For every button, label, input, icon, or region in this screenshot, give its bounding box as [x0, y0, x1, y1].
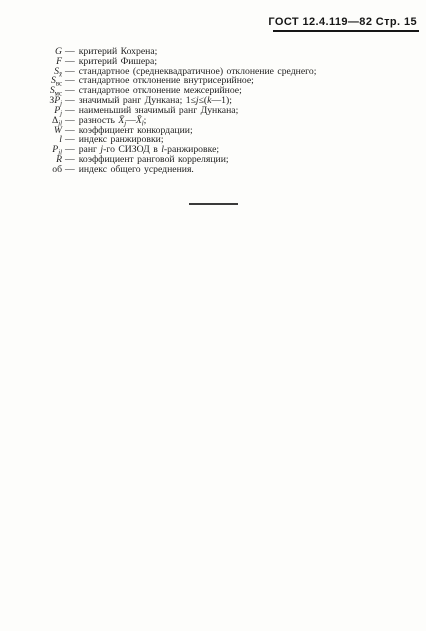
definition-row: об—индекс общего усреднения. [0, 165, 426, 175]
definition-row: G—критерий Кохрена; [0, 47, 426, 57]
symbol: W [0, 126, 62, 136]
section-divider-rule [189, 203, 238, 205]
definition-row: Δjl—разность X̄j—X̄l; [0, 116, 426, 126]
symbol: F [0, 57, 62, 67]
document-page: ГОСТ 12.4.119—82 Стр. 15 G—критерий Кохр… [0, 0, 426, 631]
symbol: G [0, 47, 62, 57]
text-run: об [52, 164, 62, 175]
definition-row: R—коэффициент ранговой корреляции; [0, 155, 426, 165]
dash-separator: — [62, 165, 79, 175]
text-run: индекс общего усреднения. [79, 164, 194, 175]
definition-row: W—коэффициент конкордации; [0, 126, 426, 136]
definition-row: Pj—наименьший значимый ранг Дункана; [0, 106, 426, 116]
definitions-list: G—критерий Кохрена; F—критерий Фишера; S… [0, 47, 426, 175]
header-underline-rule [273, 30, 419, 32]
description: индекс общего усреднения. [79, 165, 194, 175]
page-header-title: ГОСТ 12.4.119—82 Стр. 15 [268, 16, 417, 28]
symbol: об [0, 165, 62, 175]
